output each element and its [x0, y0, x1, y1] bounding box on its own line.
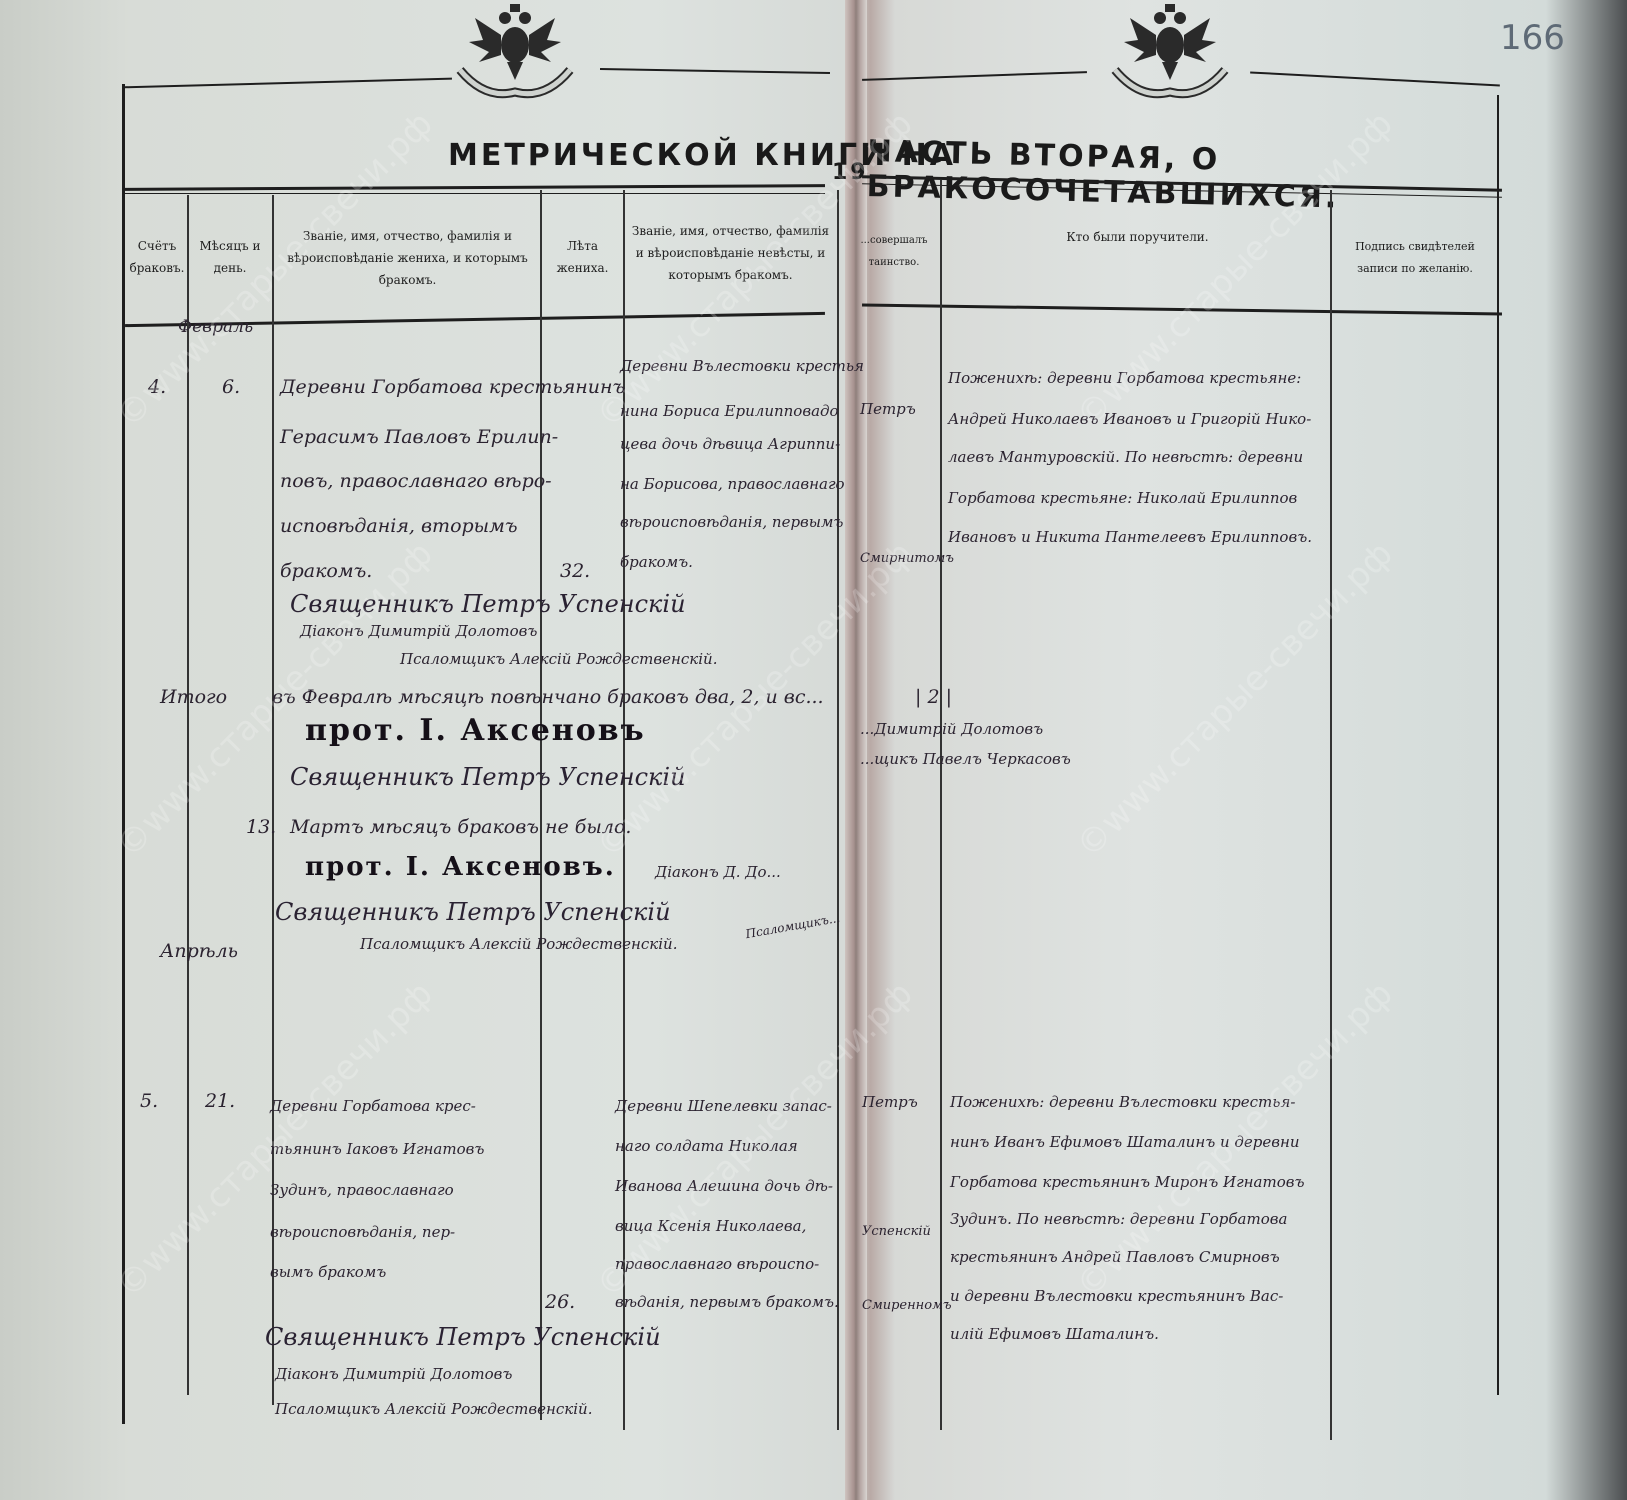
march-summary-text: Мартъ мѣсяцъ браковъ не было. — [290, 808, 631, 846]
march-priest-signature: Священникъ Петръ Успенскій — [275, 893, 671, 931]
entry-2-number: 5. — [140, 1082, 158, 1120]
header-marriage-count: Счётъ браковъ. — [128, 235, 186, 279]
entry-1-day: 6. — [222, 368, 240, 406]
imperial-eagle-crest-left — [455, 0, 575, 110]
march-day-mark: 13. — [246, 808, 276, 846]
header-officiant: ...совершалъ таинство. — [850, 230, 938, 274]
march-psalmist-margin: Псаломщикъ... — [743, 904, 842, 948]
frame-top-right — [862, 71, 1087, 81]
feb-summary-label: Итого — [160, 678, 227, 716]
feb-priest-signature: Священникъ Петръ Успенскій — [290, 758, 686, 796]
march-protoiereus-signature: прот. І. Аксеновъ. — [305, 848, 616, 886]
entry-2-officiant-note: Смиренномъ — [862, 1292, 952, 1320]
page-number: 166 — [1500, 18, 1565, 58]
watermark: ©www.старые-свечи.рф — [1069, 534, 1401, 866]
feb-deacon-signature: ...Димитрій Долотовъ — [860, 715, 1043, 743]
march-psalmist-signature: Псаломщикъ Алексій Рождественскій. — [360, 930, 677, 958]
entry-1-number: 4. — [148, 368, 166, 406]
double-headed-eagle-icon — [455, 0, 575, 110]
col-sep-1 — [187, 195, 189, 1395]
col-sep-6 — [940, 180, 942, 1430]
header-rule-left-thin — [125, 193, 825, 194]
open-register-book: 166 — [0, 0, 1627, 1500]
entry-1-officiant-note: Смирнитомъ — [860, 545, 954, 573]
header-sureties: Кто были поручители. — [950, 226, 1325, 248]
imperial-eagle-crest-right — [1110, 0, 1230, 110]
frame-top-left — [122, 78, 452, 89]
header-groom-age: Лѣта жениха. — [545, 235, 620, 279]
header-month-day: Мѣсяцъ и день. — [190, 235, 270, 279]
entry-2-month: Апрѣль — [160, 932, 238, 970]
column-header-rule-right — [862, 304, 1502, 316]
march-deacon-signature: Діаконъ Д. До... — [655, 858, 781, 886]
feb-summary-count: | 2 | — [915, 678, 952, 716]
entry-1-month: Февраль — [178, 308, 253, 346]
feb-protoiereus-signature: прот. І. Аксеновъ — [305, 712, 646, 750]
double-headed-eagle-icon — [1110, 0, 1230, 110]
feb-psalmist-signature: ...щикъ Павелъ Черкасовъ — [860, 745, 1071, 773]
entry-1-officiant: Петръ — [860, 395, 916, 423]
frame-top-right-2 — [1250, 71, 1500, 86]
entry-2-officiant-name: Успенскій — [862, 1218, 931, 1246]
entry-2-officiant: Петръ — [862, 1088, 918, 1116]
col-sep-7 — [1330, 190, 1332, 1440]
feb-summary-text: въ Февралѣ мѣсяцѣ повѣнчано браковъ два,… — [272, 678, 824, 716]
title-year: 19 — [832, 160, 869, 185]
header-groom: Званіе, имя, отчество, фамилія и вѣроисп… — [280, 225, 535, 291]
entry-2-day: 21. — [205, 1082, 235, 1120]
entry-2-groom-age: 26. — [545, 1283, 575, 1321]
header-rule-left — [125, 184, 825, 191]
frame-left — [122, 84, 125, 1424]
header-bride: Званіе, имя, отчество, фамилія и вѣроисп… — [628, 220, 833, 286]
frame-right — [1497, 95, 1499, 1395]
frame-top-left-2 — [600, 68, 830, 74]
header-witness-signature: Подпись свидѣтелей записи по желанію. — [1340, 236, 1490, 280]
